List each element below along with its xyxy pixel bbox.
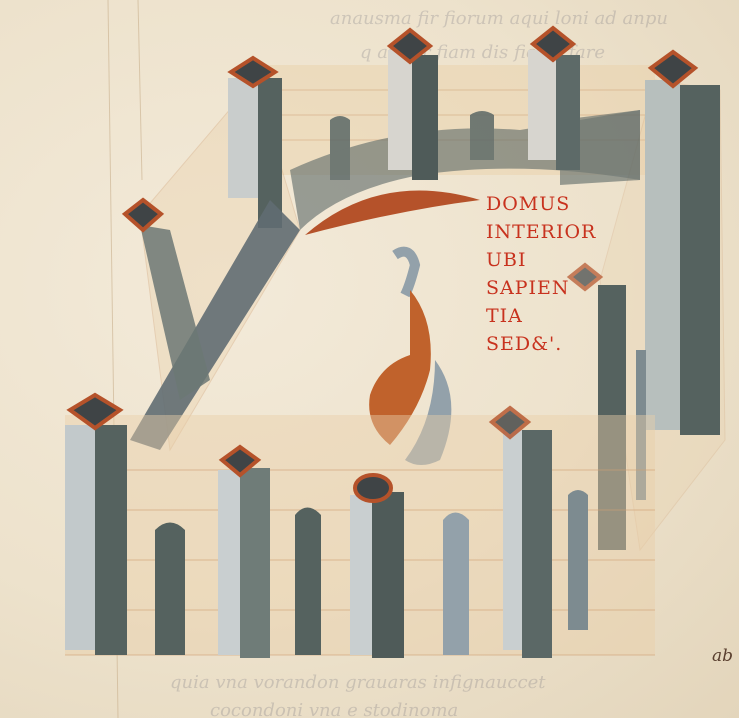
rubric-line: SAPIEN <box>486 274 596 302</box>
house-illustration <box>0 0 739 718</box>
rubric-line: INTERIOR <box>486 218 596 246</box>
folio-mark: ab <box>712 646 733 666</box>
rubric-line: TIA <box>486 302 596 330</box>
front-facade <box>65 395 655 658</box>
manuscript-page: anausma fir fiorum aqui loni ad anpu q a… <box>0 0 739 718</box>
rubric-line: DOMUS <box>486 190 596 218</box>
rubric-line: SED&'. <box>486 330 596 358</box>
rubric-line: UBI <box>486 246 596 274</box>
rubric-inscription: DOMUS INTERIOR UBI SAPIEN TIA SED&'. <box>486 190 596 358</box>
